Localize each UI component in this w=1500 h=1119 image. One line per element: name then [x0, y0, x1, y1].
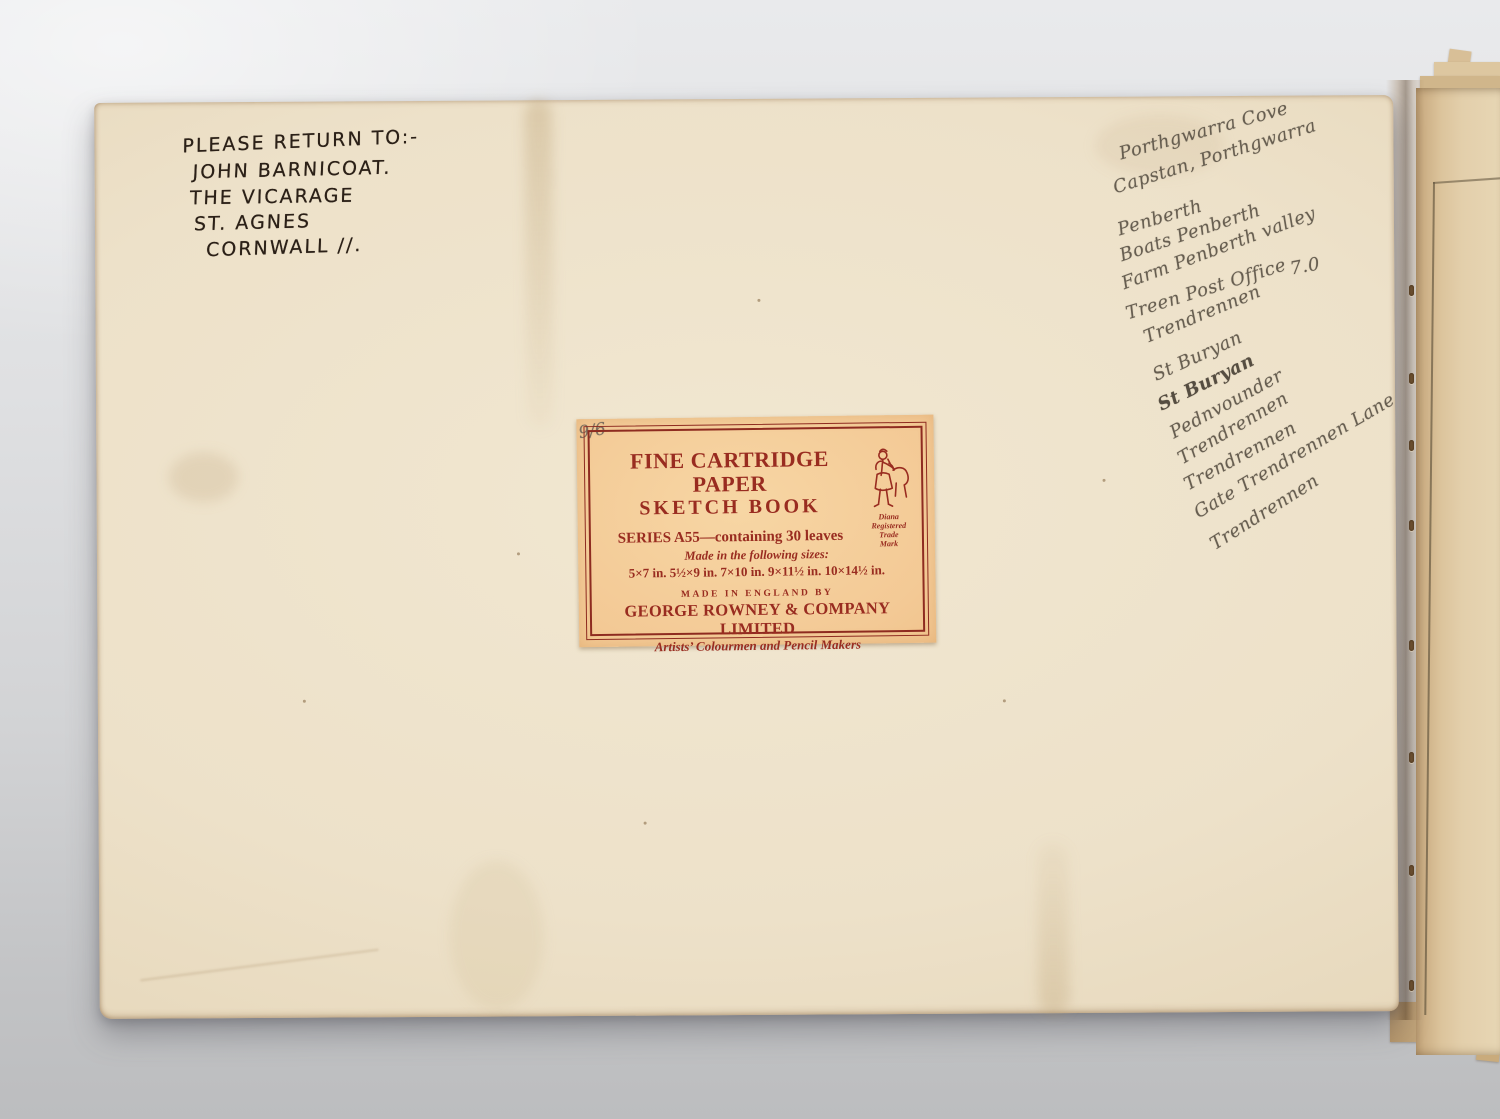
diana-caption: Diana Registered Trade Mark — [860, 512, 918, 549]
diana-trademark-icon — [863, 448, 914, 513]
label-sizes-line: 5×7 in. 5½×9 in. 7×10 in. 9×11½ in. 10×1… — [591, 562, 922, 582]
binding-stitch — [1409, 520, 1414, 531]
paper-speck — [1103, 479, 1106, 482]
paper-stain — [1037, 842, 1070, 1014]
cover-crease — [140, 949, 378, 982]
paper-speck — [644, 822, 647, 825]
label-tagline: Artists’ Colourmen and Pencil Makers — [592, 636, 923, 656]
facing-page-sliver — [1416, 88, 1500, 1055]
binding-stitch — [1409, 980, 1414, 991]
diana-trademark: Diana Registered Trade Mark — [859, 448, 918, 549]
label-series-line: SERIES A55—containing 30 leaves — [597, 527, 864, 548]
ink-note-line: JOHN BARNICOAT. — [192, 154, 420, 185]
paper-speck — [517, 552, 520, 555]
sketchbook-cover: PLEASE RETURN TO:- JOHN BARNICOAT. THE V… — [94, 95, 1399, 1019]
ink-ownership-note: PLEASE RETURN TO:- JOHN BARNICOAT. THE V… — [182, 132, 420, 263]
label-subtitle: SKETCH BOOK — [596, 495, 863, 521]
paper-speck — [1003, 699, 1006, 702]
label-content: FINE CARTRIDGE PAPER SKETCH BOOK SERIES … — [590, 428, 924, 634]
label-title-block: FINE CARTRIDGE PAPER SKETCH BOOK SERIES … — [596, 447, 864, 548]
paper-stain — [449, 860, 545, 1011]
diana-caption-line: Mark — [860, 539, 918, 549]
binding-stitch — [1409, 440, 1414, 451]
binding-stitch — [1409, 865, 1414, 876]
paper-speck — [303, 700, 306, 703]
page-pencil-border-horizontal — [1433, 176, 1500, 184]
paper-speck — [757, 299, 760, 302]
label-company-line: GEORGE ROWNEY & COMPANY LIMITED — [592, 598, 923, 640]
binding-stitch — [1409, 373, 1414, 384]
pencil-note-line: 7.0 — [1288, 253, 1321, 279]
label-title: FINE CARTRIDGE PAPER — [596, 447, 864, 498]
paper-stain — [168, 452, 238, 502]
page-pencil-border-vertical — [1424, 182, 1435, 1015]
photo-stage: PLEASE RETURN TO:- JOHN BARNICOAT. THE V… — [0, 0, 1500, 1119]
binding-stitch — [1409, 640, 1414, 651]
binding-stitch — [1409, 285, 1414, 296]
paper-stain — [524, 100, 554, 430]
binding-stitch — [1409, 752, 1414, 763]
rowney-label: 9/6 FINE CARTRIDGE PAPER SKETCH BOOK SER… — [576, 415, 936, 648]
